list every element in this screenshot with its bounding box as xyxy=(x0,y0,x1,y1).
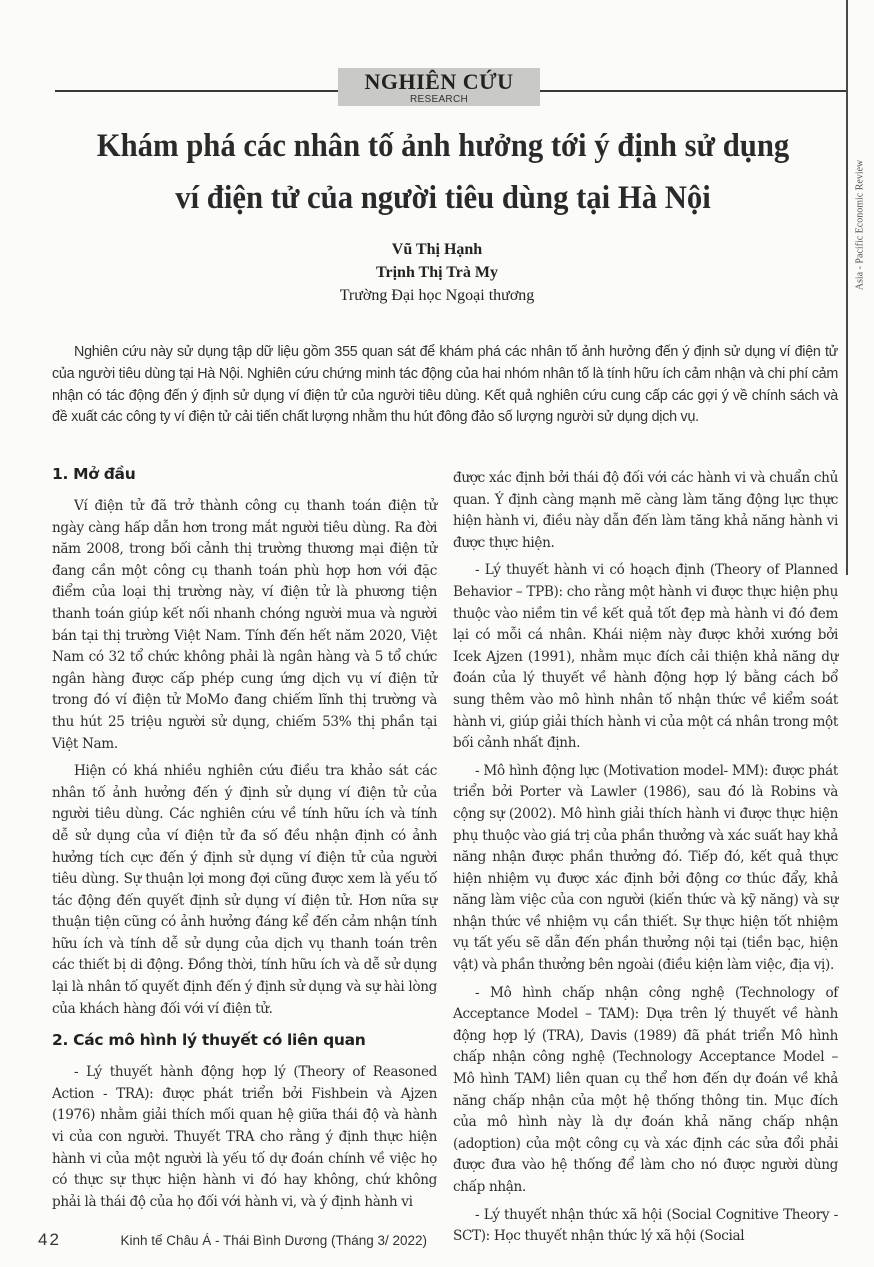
title-line-2: ví điện tử của người tiêu dùng tại Hà Nộ… xyxy=(68,172,818,224)
title-line-1: Khám phá các nhân tố ảnh hưởng tới ý địn… xyxy=(68,120,818,172)
paragraph: được xác định bởi thái độ đối với các hà… xyxy=(453,468,838,554)
paragraph: - Mô hình động lực (Motivation model- MM… xyxy=(453,761,838,977)
paragraph: Hiện có khá nhiều nghiên cứu điều tra kh… xyxy=(52,761,437,1020)
right-column: được xác định bởi thái độ đối với các hà… xyxy=(453,468,838,1254)
author-affiliation: Trường Đại học Ngoại thương xyxy=(0,284,874,307)
left-column: 1. Mở đầu Ví điện tử đã trở thành công c… xyxy=(52,464,437,1219)
page-footer: 42 Kinh tế Châu Á - Thái Bình Dương (Thá… xyxy=(38,1230,427,1250)
section-label: NGHIÊN CỨU xyxy=(338,70,540,94)
paragraph: Ví điện tử đã trở thành công cụ thanh to… xyxy=(52,496,437,755)
section-heading: 1. Mở đầu xyxy=(52,464,437,484)
author-name: Trịnh Thị Trà My xyxy=(0,261,874,284)
abstract: Nghiên cứu này sử dụng tập dữ liệu gồm 3… xyxy=(52,342,838,429)
article-title: Khám phá các nhân tố ảnh hưởng tới ý địn… xyxy=(68,120,818,224)
paragraph: - Lý thuyết hành vi có hoạch định (Theor… xyxy=(453,560,838,754)
paragraph: - Mô hình chấp nhận công nghệ (Technolog… xyxy=(453,983,838,1199)
paragraph: - Lý thuyết hành động hợp lý (Theory of … xyxy=(52,1062,437,1213)
paragraph: - Lý thuyết nhận thức xã hội (Social Cog… xyxy=(453,1205,838,1248)
section-label-box: NGHIÊN CỨU RESEARCH xyxy=(338,68,540,106)
author-block: Vũ Thị Hạnh Trịnh Thị Trà My Trường Đại … xyxy=(0,238,874,307)
journal-issue: Kinh tế Châu Á - Thái Bình Dương (Tháng … xyxy=(120,1233,427,1248)
page-number: 42 xyxy=(38,1230,116,1250)
section-label-en: RESEARCH xyxy=(338,94,540,105)
section-heading: 2. Các mô hình lý thuyết có liên quan xyxy=(52,1030,437,1050)
author-name: Vũ Thị Hạnh xyxy=(0,238,874,261)
